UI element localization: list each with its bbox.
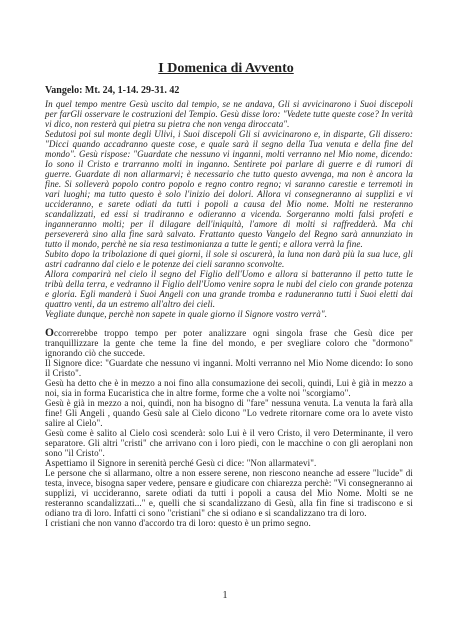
page-title: I Domenica di Avvento [45,61,407,76]
gospel-passage: In quel tempo mentre Gesù uscito dal tem… [45,99,413,319]
paragraph: Subito dopo la tribolazione di quei gior… [45,249,413,269]
paragraph: Aspettiamo il Signore in serenità perché… [45,458,413,468]
paragraph: Occorrerebbe troppo tempo per poter anal… [45,328,413,358]
document-page: I Domenica di Avvento Vangelo: Mt. 24, 1… [0,0,452,640]
paragraph: Sedutosi poi sul monte degli Ulivi, i Su… [45,129,413,249]
paragraph: Gesù come è salito al Cielo così scender… [45,428,413,458]
paragraph: In quel tempo mentre Gesù uscito dal tem… [45,99,413,129]
paragraph: I cristiani che non vanno d'accordo tra … [45,518,413,528]
commentary-text: Occorrerebbe troppo tempo per poter anal… [45,328,413,528]
gospel-reference-heading: Vangelo: Mt. 24, 1-14. 29-31. 42 [45,85,413,96]
page-content: Vangelo: Mt. 24, 1-14. 29-31. 42 In quel… [45,85,413,528]
paragraph: Gesù è già in mezzo a noi, quindi, non h… [45,398,413,428]
paragraph: Vegliate dunque, perchè non sapete in qu… [45,309,413,319]
paragraph: Gesù ha detto che è in mezzo a noi fino … [45,378,413,398]
page-number: 1 [45,590,405,601]
paragraph: Le persone che si allarmano, oltre a non… [45,468,413,518]
paragraph: Allora comparirà nel cielo il segno del … [45,269,413,309]
paragraph: Il Signore dice: "Guardate che nessuno v… [45,358,413,378]
